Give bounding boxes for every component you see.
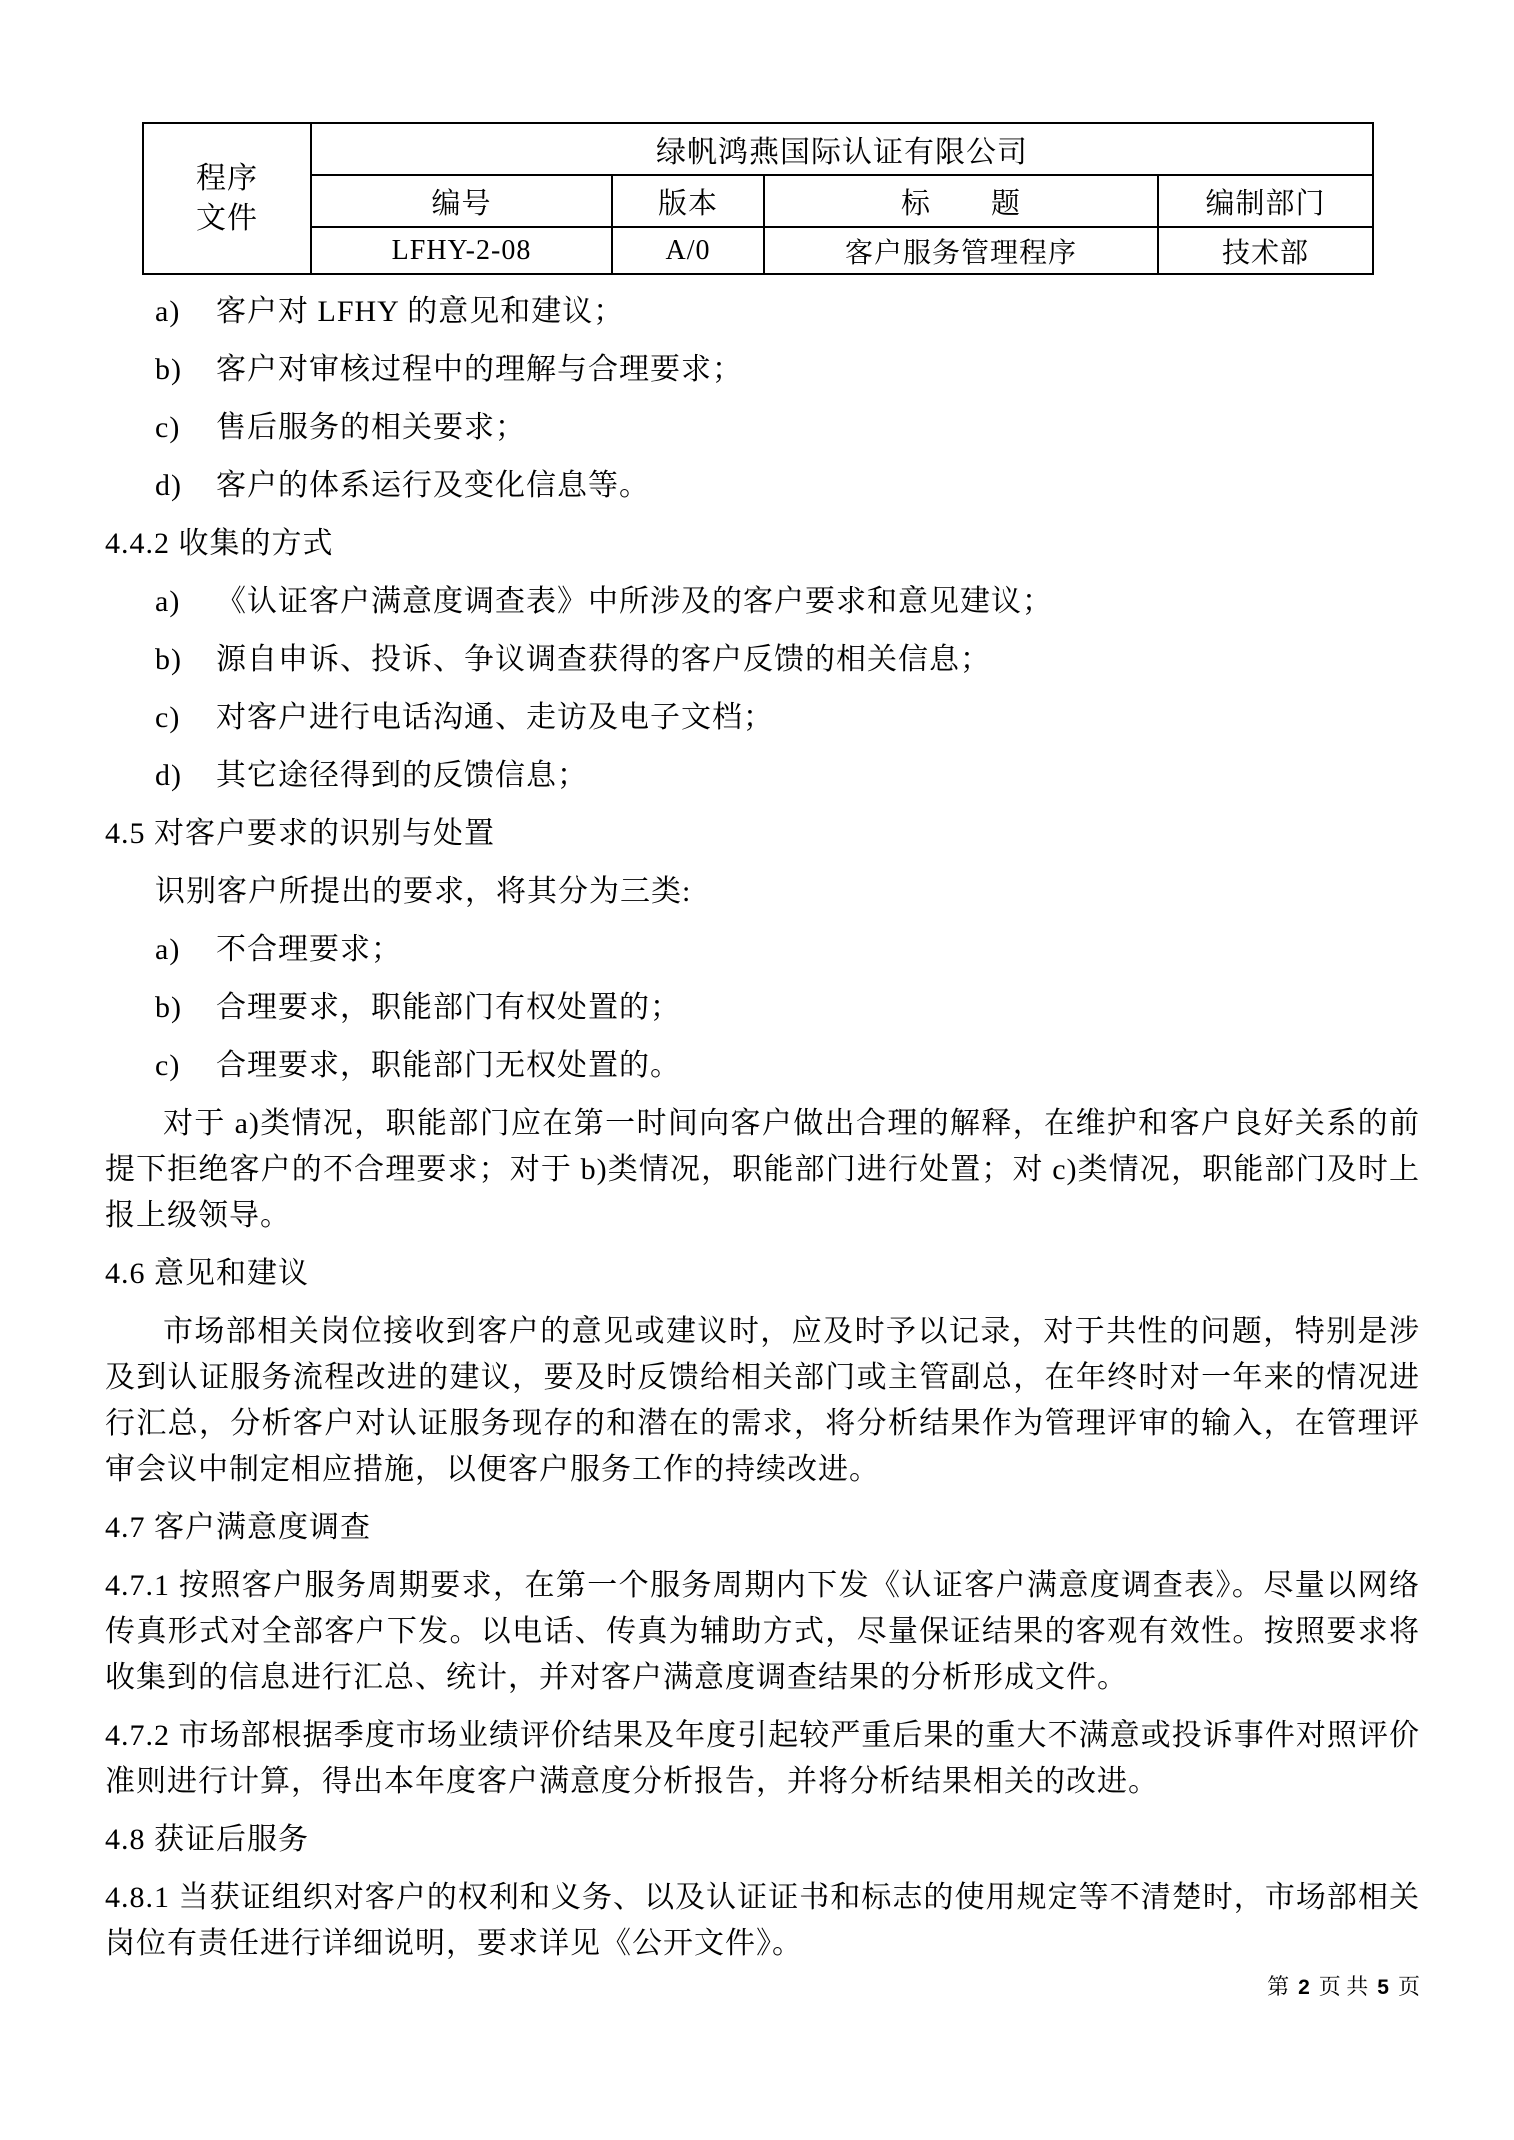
- list-item-text: 源自申诉、投诉、争议调查获得的客户反馈的相关信息；: [216, 643, 991, 676]
- section-4-5-intro: 识别客户所提出的要求，将其分为三类:: [155, 869, 1420, 915]
- footer-middle: 页 共: [1319, 1970, 1369, 2001]
- list-item-type-a: a)不合理要求；: [155, 927, 1420, 973]
- list-item-label: a): [155, 927, 216, 973]
- list-item-label: c): [155, 405, 216, 451]
- col-header-number: 编号: [311, 175, 612, 227]
- section-heading-4-8: 4.8 获证后服务: [105, 1817, 1420, 1863]
- paragraph-4-5-handling: 对于 a)类情况，职能部门应在第一时间向客户做出合理的解释，在维护和客户良好关系…: [105, 1101, 1420, 1239]
- list-item-text: 客户的体系运行及变化信息等。: [216, 469, 650, 502]
- doc-type-line1: 程序: [144, 159, 310, 199]
- list-item-label: c): [155, 695, 216, 741]
- list-item-label: a): [155, 289, 216, 335]
- list-item-label: c): [155, 1043, 216, 1089]
- footer-suffix: 页: [1398, 1970, 1420, 2001]
- doc-type-cell: 程序 文件: [143, 123, 311, 274]
- list-item-text: 对客户进行电话沟通、走访及电子文档；: [216, 701, 774, 734]
- value-doc-title: 客户服务管理程序: [764, 227, 1158, 274]
- section-heading-4-7: 4.7 客户满意度调查: [105, 1505, 1420, 1551]
- list-item-label: a): [155, 579, 216, 625]
- list-item-text: 合理要求，职能部门有权处置的；: [216, 991, 681, 1024]
- section-heading-4-6: 4.6 意见和建议: [105, 1251, 1420, 1297]
- document-content: 程序 文件 绿帆鸿燕国际认证有限公司 编号 版本 标 题 编制部门 LFHY-2…: [105, 122, 1420, 1979]
- list-item-feedback-c: c)售后服务的相关要求；: [155, 405, 1420, 451]
- value-doc-number: LFHY-2-08: [311, 227, 612, 274]
- col-header-title: 标 题: [764, 175, 1158, 227]
- list-item-label: b): [155, 985, 216, 1031]
- section-heading-4-5: 4.5 对客户要求的识别与处置: [105, 811, 1420, 857]
- list-item-text: 其它途径得到的反馈信息；: [216, 759, 588, 792]
- list-item-text: 不合理要求；: [216, 933, 402, 966]
- footer-page-number: 2: [1298, 1976, 1310, 2000]
- list-item-method-d: d)其它途径得到的反馈信息；: [155, 753, 1420, 799]
- document-page: 程序 文件 绿帆鸿燕国际认证有限公司 编号 版本 标 题 编制部门 LFHY-2…: [0, 0, 1514, 2140]
- col-header-department: 编制部门: [1158, 175, 1373, 227]
- list-item-label: d): [155, 463, 216, 509]
- list-item-text: 合理要求，职能部门无权处置的。: [216, 1049, 681, 1082]
- value-department: 技术部: [1158, 227, 1373, 274]
- list-item-text: 客户对 LFHY 的意见和建议；: [216, 295, 624, 328]
- list-item-type-c: c)合理要求，职能部门无权处置的。: [155, 1043, 1420, 1089]
- list-item-text: 客户对审核过程中的理解与合理要求；: [216, 353, 743, 386]
- doc-type-line2: 文件: [144, 199, 310, 239]
- paragraph-4-8-1: 4.8.1 当获证组织对客户的权利和义务、以及认证证书和标志的使用规定等不清楚时…: [105, 1875, 1420, 1967]
- list-item-feedback-b: b)客户对审核过程中的理解与合理要求；: [155, 347, 1420, 393]
- list-item-feedback-a: a)客户对 LFHY 的意见和建议；: [155, 289, 1420, 335]
- value-version: A/0: [612, 227, 764, 274]
- list-item-method-c: c)对客户进行电话沟通、走访及电子文档；: [155, 695, 1420, 741]
- paragraph-4-7-1: 4.7.1 按照客户服务周期要求，在第一个服务周期内下发《认证客户满意度调查表》…: [105, 1563, 1420, 1701]
- list-item-text: 《认证客户满意度调查表》中所涉及的客户要求和意见建议；: [216, 585, 1053, 618]
- col-header-version: 版本: [612, 175, 764, 227]
- list-item-method-b: b)源自申诉、投诉、争议调查获得的客户反馈的相关信息；: [155, 637, 1420, 683]
- page-footer: 第 2 页 共 5 页: [1267, 1970, 1420, 2001]
- document-header-table: 程序 文件 绿帆鸿燕国际认证有限公司 编号 版本 标 题 编制部门 LFHY-2…: [142, 122, 1374, 275]
- list-item-label: b): [155, 347, 216, 393]
- footer-total-pages: 5: [1377, 1976, 1389, 2000]
- list-item-feedback-d: d)客户的体系运行及变化信息等。: [155, 463, 1420, 509]
- list-item-label: b): [155, 637, 216, 683]
- footer-prefix: 第: [1267, 1970, 1289, 2001]
- paragraph-4-7-2: 4.7.2 市场部根据季度市场业绩评价结果及年度引起较严重后果的重大不满意或投诉…: [105, 1713, 1420, 1805]
- section-heading-4-4-2: 4.4.2 收集的方式: [105, 521, 1420, 567]
- company-name: 绿帆鸿燕国际认证有限公司: [311, 123, 1373, 175]
- list-item-text: 售后服务的相关要求；: [216, 411, 526, 444]
- list-item-label: d): [155, 753, 216, 799]
- paragraph-4-6: 市场部相关岗位接收到客户的意见或建议时，应及时予以记录，对于共性的问题，特别是涉…: [105, 1309, 1420, 1493]
- list-item-type-b: b)合理要求，职能部门有权处置的；: [155, 985, 1420, 1031]
- list-item-method-a: a)《认证客户满意度调查表》中所涉及的客户要求和意见建议；: [155, 579, 1420, 625]
